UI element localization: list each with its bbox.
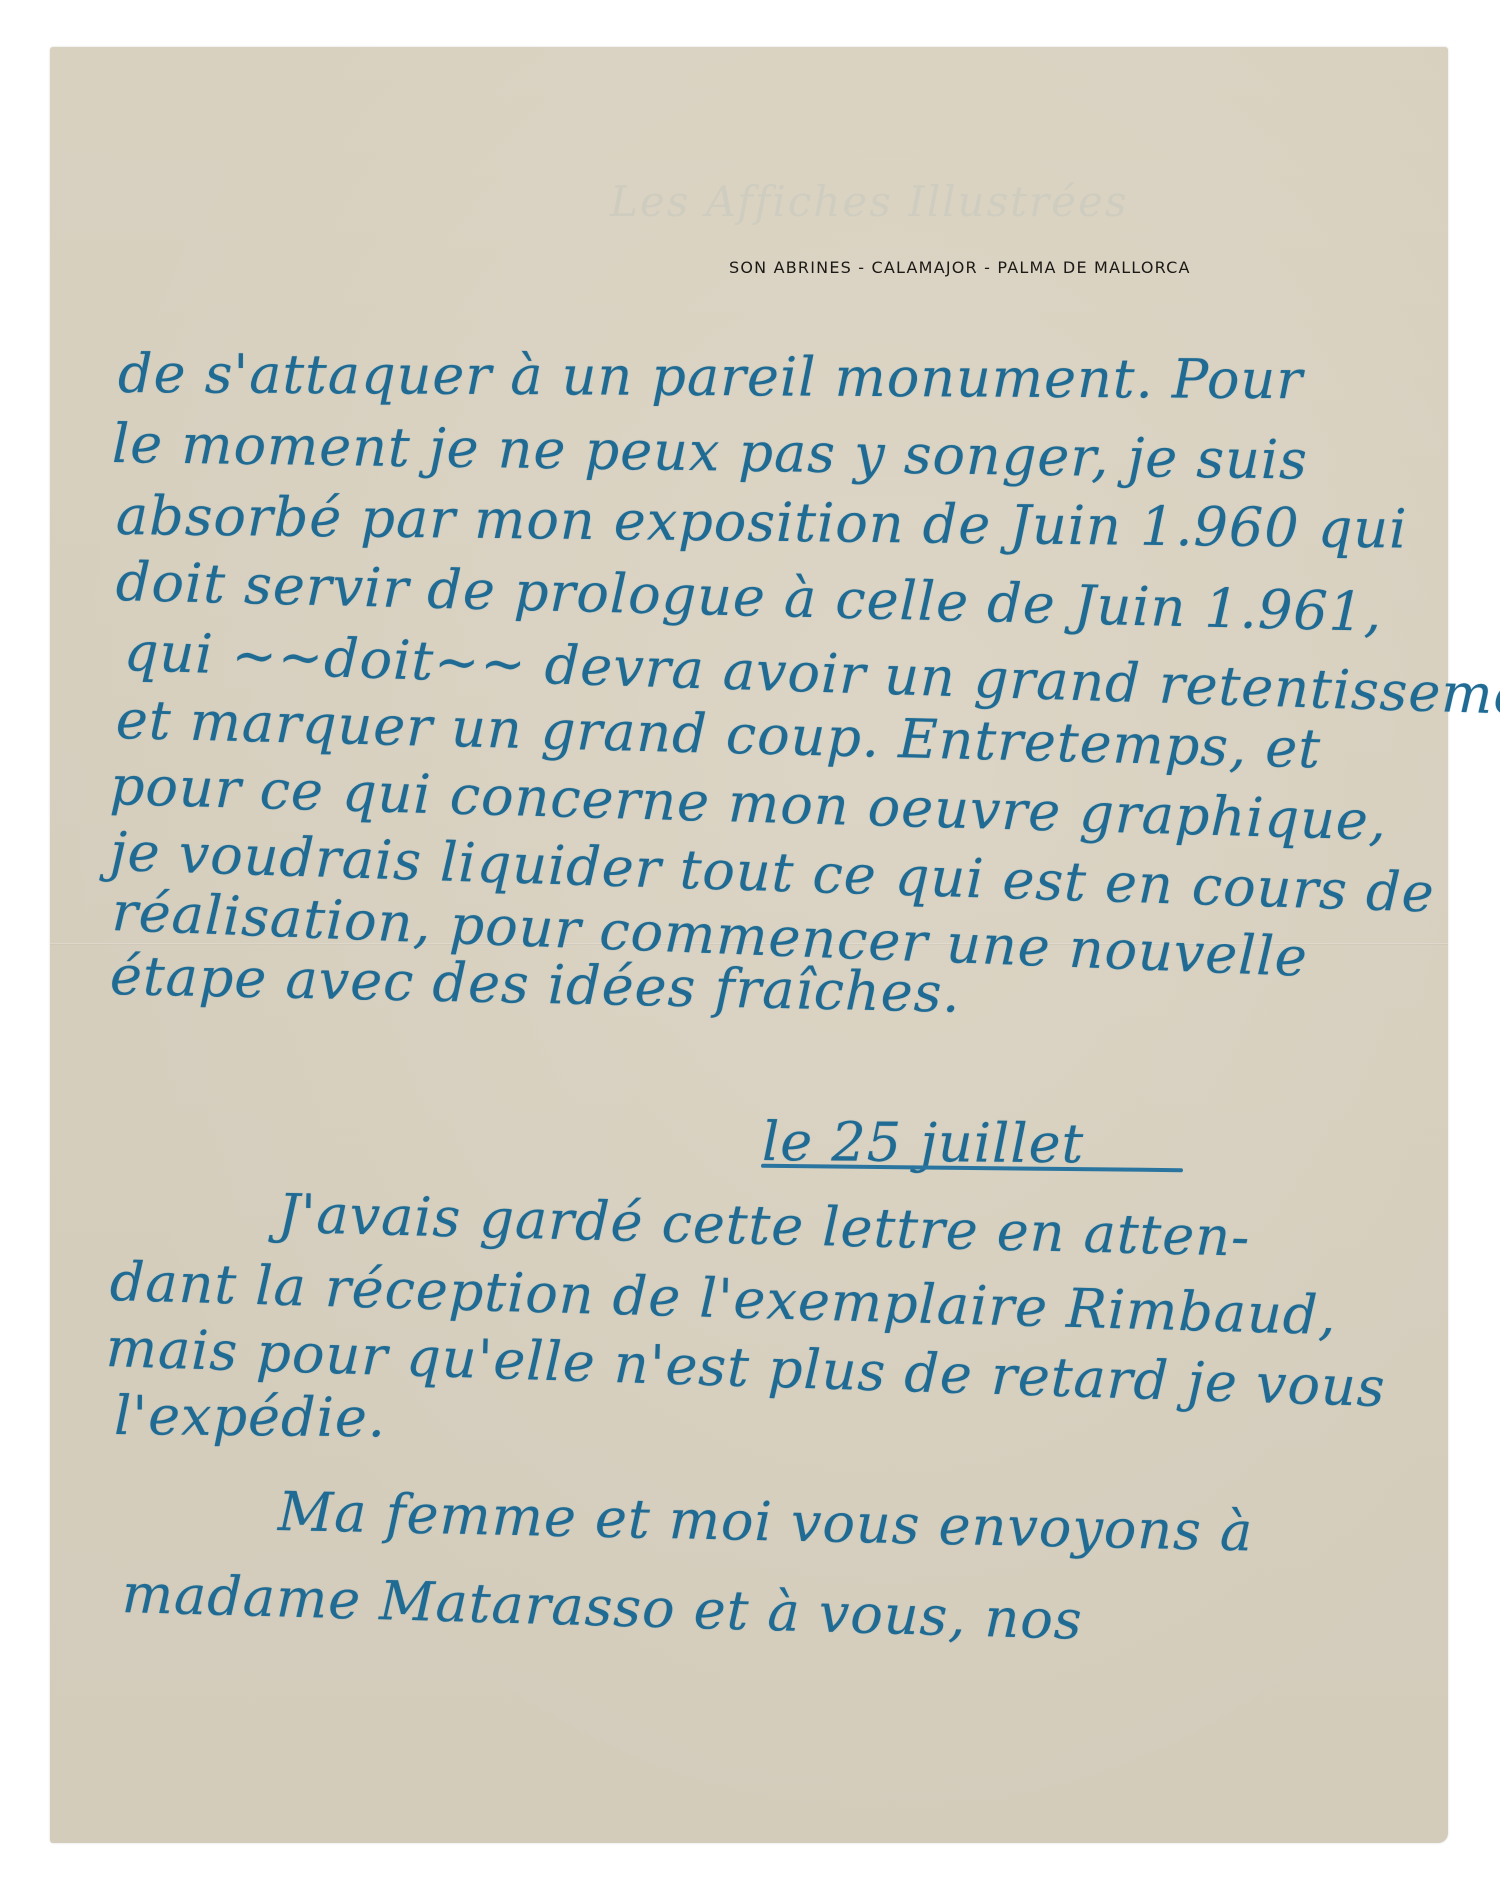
date-line: le 25 juillet [762, 1115, 1085, 1171]
letter-sheet: Les Affiches Illustrées SON ABRINES - CA… [50, 47, 1448, 1843]
letterhead-address: SON ABRINES - CALAMAJOR - PALMA DE MALLO… [729, 258, 1191, 277]
handwritten-line-10: étape avec des idées fraîches. [109, 949, 961, 1021]
handwritten-line-15: Ma femme et moi vous envoyons à [277, 1485, 1253, 1559]
handwritten-line-2: le moment je ne peux pas y songer, je su… [112, 417, 1309, 488]
handwritten-line-3: absorbé par mon exposition de Juin 1.960… [116, 489, 1408, 557]
bleed-through-text: Les Affiches Illustrées [610, 177, 1128, 226]
handwritten-line-1: de s'attaquer à un pareil monument. Pour [118, 347, 1303, 407]
handwritten-line-16: madame Matarasso et à vous, nos [121, 1567, 1083, 1648]
handwritten-line-14: l'expédie. [114, 1389, 386, 1445]
handwritten-line-11: J'avais gardé cette lettre en atten- [277, 1187, 1251, 1265]
